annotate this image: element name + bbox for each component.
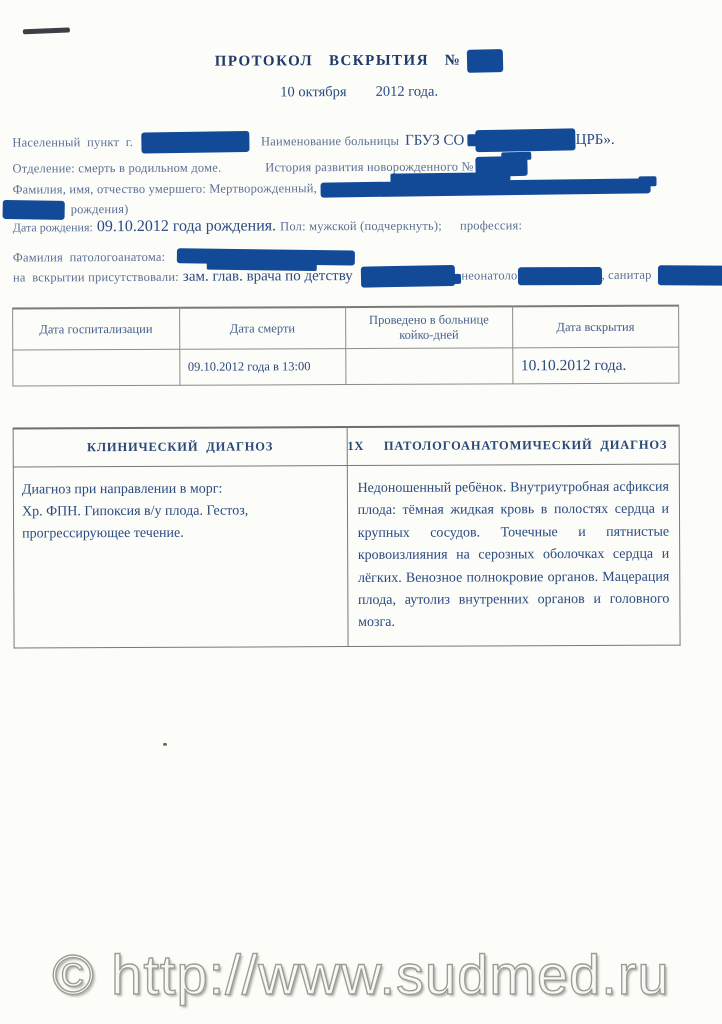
- birth-date-line: Дата рождения: 09.10.2012 года рождения.…: [13, 215, 707, 236]
- diagnosis-table: КЛИНИЧЕСКИЙ ДИАГНОЗ 1Х ПАТОЛОГОАНАТОМИЧЕ…: [13, 425, 681, 649]
- sex-label: Пол: мужской (подчеркнуть);: [280, 218, 442, 234]
- hospital-value-prefix: ГБУЗ СО «: [405, 132, 476, 149]
- scan-speck: [163, 743, 167, 746]
- clinical-diagnosis-header: КЛИНИЧЕСКИЙ ДИАГНОЗ: [13, 427, 347, 467]
- autopsy-protocol-scan: ПРОТОКОЛ ВСКРЫТИЯ № 10 октября 2012 года…: [0, 0, 722, 1024]
- redaction-deceased-name: [321, 178, 651, 197]
- header-hospitalization-date: Дата госпитализации: [13, 308, 180, 350]
- department-line: Отделение: смерть в родильном доме. Исто…: [12, 155, 706, 178]
- title-row: ПРОТОКОЛ ВСКРЫТИЯ №: [0, 48, 720, 74]
- birth-suffix-label: рождения): [71, 202, 129, 217]
- scanned-sheet: ПРОТОКОЛ ВСКРЫТИЯ № 10 октября 2012 года…: [0, 0, 722, 1024]
- redaction-settlement: [141, 130, 249, 153]
- dates-table: Дата госпитализации Дата смерти Проведен…: [12, 305, 679, 387]
- deceased-label: Фамилия, имя, отчество умершего: Мертвор…: [13, 181, 317, 197]
- dates-table-header-row: Дата госпитализации Дата смерти Проведен…: [13, 306, 679, 350]
- cell-hospitalization-date: [13, 349, 180, 386]
- clinical-diagnosis-text: Диагноз при направлении в морг: Хр. ФПН.…: [14, 466, 347, 546]
- redaction-birth-info: [3, 200, 65, 220]
- cell-autopsy-date: 10.10.2012 года.: [512, 347, 679, 384]
- settlement-hospital-line: Населенный пункт г. Наименование больниц…: [12, 128, 706, 153]
- redaction-hospital-name: [475, 128, 575, 152]
- document-title: ПРОТОКОЛ ВСКРЫТИЯ №: [215, 53, 462, 70]
- attendee-chief-label: зам. глав. врача по детству: [183, 268, 353, 286]
- department-label: Отделение: смерть в родильном доме.: [12, 160, 221, 176]
- birth-date-value: 09.10.2012 года рождения.: [97, 217, 276, 236]
- attendees-label: на вскрытии присутствовали:: [13, 270, 179, 286]
- hospital-label: Наименование больницы: [261, 133, 399, 149]
- diagnosis-body-row: Диагноз при направлении в морг: Хр. ФПН.…: [13, 464, 680, 648]
- redaction-protocol-number: [467, 49, 503, 73]
- header-death-date: Дата смерти: [179, 307, 346, 349]
- pathologist-line: Фамилия патологоанатома:: [13, 247, 707, 265]
- document-date: 10 октября 2012 года.: [0, 82, 720, 102]
- settlement-label: Населенный пункт г.: [12, 134, 133, 150]
- pathology-diagnosis-header: 1Х ПАТОЛОГОАНАТОМИЧЕСКИЙ ДИАГНОЗ: [347, 426, 680, 466]
- watermark-url: © http://www.sudmed.ru: [0, 942, 722, 1007]
- attendees-line: на вскрытии присутствовали: зам. глав. в…: [13, 264, 707, 288]
- pathology-diagnosis-text: Недоношенный ребёнок. Внутриутробная асф…: [347, 465, 679, 635]
- dates-table-data-row: 09.10.2012 года в 13:00 10.10.2012 года.: [13, 347, 679, 386]
- scan-artifact-mark: [23, 27, 70, 34]
- redaction-attendee-2: [517, 266, 601, 284]
- header-autopsy-date: Дата вскрытия: [512, 306, 679, 348]
- header-bed-days: Проведено в больнице койко-дней: [346, 306, 513, 348]
- diagnosis-header-row: КЛИНИЧЕСКИЙ ДИАГНОЗ 1Х ПАТОЛОГОАНАТОМИЧЕ…: [13, 426, 679, 467]
- redaction-attendee-3: [658, 265, 722, 286]
- cell-death-date: 09.10.2012 года в 13:00: [179, 349, 346, 386]
- hospital-value-suffix: ЦРБ».: [576, 131, 615, 148]
- deceased-name-line: Фамилия, имя, отчество умершего: Мертвор…: [13, 179, 707, 197]
- cell-bed-days: [346, 348, 513, 385]
- attendee-sanitar-label: , санитар: [601, 268, 651, 283]
- redaction-attendee-1: [361, 265, 455, 288]
- attendee-neonat-label: , неонатоло: [455, 268, 518, 283]
- pathologist-label: Фамилия патологоанатома:: [13, 250, 165, 266]
- clinical-diagnosis-cell: Диагноз при направлении в морг: Хр. ФПН.…: [13, 466, 347, 648]
- pathology-diagnosis-cell: Недоношенный ребёнок. Внутриутробная асф…: [347, 464, 680, 646]
- redaction-pathologist-name: [177, 248, 355, 265]
- profession-label: профессия:: [460, 218, 522, 233]
- birth-date-label: Дата рождения:: [13, 220, 93, 235]
